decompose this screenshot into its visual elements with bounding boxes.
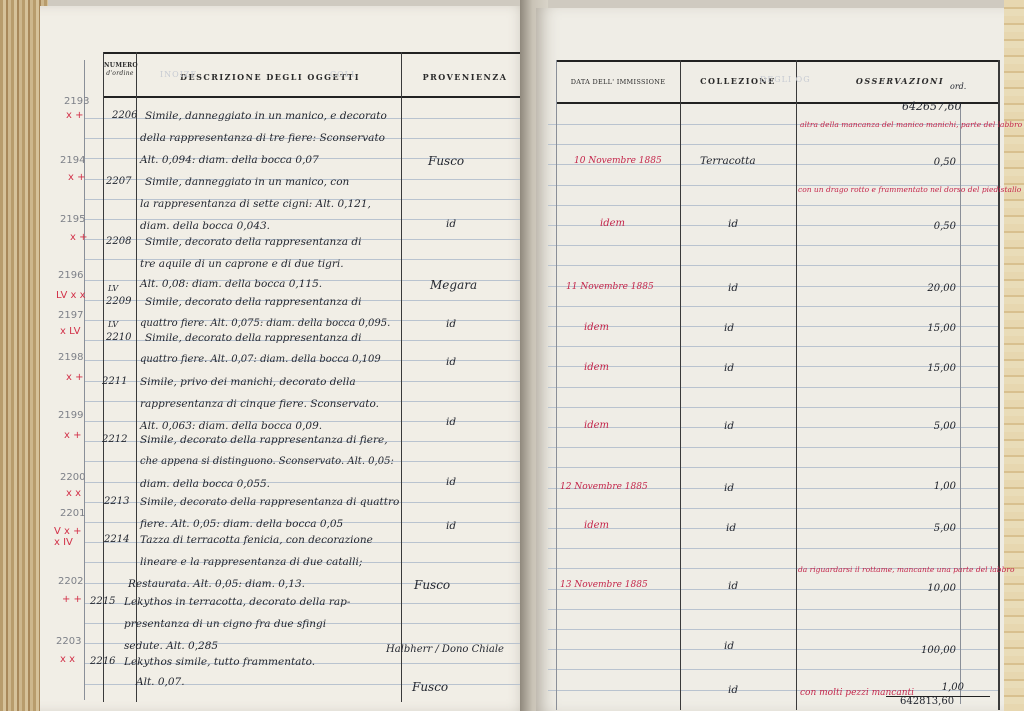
ruled-line xyxy=(548,306,1000,307)
ruled-line xyxy=(548,265,1000,266)
margin-number: 2198 xyxy=(58,352,83,363)
ruled-line xyxy=(548,508,1000,509)
page-total: 642813,60 xyxy=(900,696,954,707)
entry-line: diam. della bocca 0,055. xyxy=(140,478,270,490)
entry-line: Simile, privo dei manichi, decorato dell… xyxy=(140,376,356,388)
entry-collection: id xyxy=(724,482,734,494)
entry-collection: id xyxy=(724,322,734,334)
ruled-line xyxy=(548,609,1000,610)
margin-number: 2194 xyxy=(60,155,85,166)
entry-line: fiere. Alt. 0,05: diam. della bocca 0,05 xyxy=(140,518,343,530)
entry-line: quattro fiere. Alt. 0,07: diam. della bo… xyxy=(140,354,381,365)
carry-forward-label: ord. xyxy=(950,82,966,91)
margin-number: 2197 xyxy=(58,310,83,321)
check-mark: x x xyxy=(66,488,81,499)
entry-value: 15,00 xyxy=(896,363,956,374)
col-divider-data xyxy=(680,60,681,710)
entry-provenienza: Fusco xyxy=(412,680,448,694)
ruled-line xyxy=(548,387,1000,388)
entry-collection: id xyxy=(728,684,738,696)
margin-number: 2203 xyxy=(56,636,81,647)
entry-line: Simile, decorato della rappresentanza di xyxy=(145,332,361,344)
entry-line: Simile, danneggiato in un manico, e deco… xyxy=(145,110,387,122)
check-mark: x x xyxy=(60,654,75,665)
margin-number: 2202 xyxy=(58,576,83,587)
entry-provenienza: id xyxy=(446,476,456,488)
entry-provenienza: id xyxy=(446,218,456,230)
col-divider-description xyxy=(401,52,402,702)
entry-number: 2211 xyxy=(102,376,127,387)
entry-number: 2208 xyxy=(106,236,131,247)
entry-date: idem xyxy=(584,362,609,373)
entry-line: Simile, decorato della rappresentanza di xyxy=(145,236,361,248)
entry-number: 2210 xyxy=(106,332,131,343)
entry-number: 2207 xyxy=(106,176,131,187)
entry-line: lineare e la rappresentanza di due catal… xyxy=(140,556,362,568)
header-bottom-border xyxy=(103,96,528,98)
entry-line: Simile, danneggiato in un manico, con xyxy=(145,176,349,188)
entry-line: Alt. 0,08: diam. della bocca 0,115. xyxy=(140,278,322,290)
entry-provenienza: Megara xyxy=(430,278,477,292)
ruled-line xyxy=(548,669,1000,670)
ruled-line xyxy=(548,144,1000,145)
check-mark: LV x x xyxy=(56,290,86,301)
right-page xyxy=(536,8,1006,711)
entry-collection: id xyxy=(724,640,734,652)
page-edges-right xyxy=(1004,0,1024,711)
margin-number: 2195 xyxy=(60,214,85,225)
check-mark: x + xyxy=(70,232,87,243)
carry-forward-total: 642657,60 xyxy=(902,100,962,113)
entry-value: 0,50 xyxy=(896,221,956,232)
entry-provenienza: id xyxy=(446,416,456,428)
entry-line: sedute. Alt. 0,285 xyxy=(124,640,218,652)
entry-value: 15,00 xyxy=(896,323,956,334)
entry-line: Simile, decorato della rappresentanza di… xyxy=(140,496,399,508)
col-border-left xyxy=(556,60,557,710)
entry-number: 2216 xyxy=(90,656,115,667)
entry-provenienza: Fusco xyxy=(414,578,450,592)
entry-provenienza: Fusco xyxy=(428,154,464,168)
ruled-line xyxy=(548,447,1000,448)
entry-collection: id xyxy=(724,420,734,432)
bleed-through-text: DEGLI OG xyxy=(760,75,811,84)
margin-number: 2200 xyxy=(60,472,85,483)
table-top-border xyxy=(103,52,528,54)
header-numero: NUMEROd'ordine xyxy=(104,62,136,78)
margin-number: 2193 xyxy=(64,96,89,107)
entry-prefix: LV xyxy=(108,284,118,293)
check-mark: x LV xyxy=(60,326,80,337)
entry-line: presentanza di un cigno fra due sfingi xyxy=(124,618,326,630)
entry-line: Alt. 0,094: diam. della bocca 0,07 xyxy=(140,154,319,166)
entry-number: 2212 xyxy=(102,434,127,445)
check-mark: + + xyxy=(62,594,82,605)
entry-line: Tazza di terracotta fenicia, con decoraz… xyxy=(140,534,373,546)
ruled-line xyxy=(548,629,1000,630)
ruled-line xyxy=(548,245,1000,246)
entry-date: idem xyxy=(600,218,625,229)
entry-date: 11 Novembre 1885 xyxy=(566,282,654,292)
ruled-line xyxy=(548,467,1000,468)
header-provenienza: PROVENIENZA xyxy=(402,72,528,82)
entry-line: Alt. 0,063: diam. della bocca 0,09. xyxy=(140,420,322,432)
entry-value: 20,00 xyxy=(896,283,956,294)
entry-collection: id xyxy=(728,282,738,294)
entry-number: 2215 xyxy=(90,596,115,607)
entry-date: idem xyxy=(584,520,609,531)
entry-value: 1,00 xyxy=(904,682,964,693)
col-divider-collezione xyxy=(796,60,797,710)
check-mark: V x + x IV xyxy=(54,526,88,548)
margin-number: 2201 xyxy=(60,508,85,519)
entry-value: 10,00 xyxy=(896,583,956,594)
entry-date: 13 Novembre 1885 xyxy=(560,580,648,590)
entry-line: rappresentanza di cinque fiere. Sconserv… xyxy=(140,398,379,410)
entry-provenienza: id xyxy=(446,318,456,330)
entry-line: quattro fiere. Alt. 0,075: diam. della b… xyxy=(140,318,390,329)
entry-collection: id xyxy=(726,522,736,534)
entry-provenienza: Halbherr / Dono Chiale xyxy=(386,644,504,655)
amount-divider xyxy=(960,104,961,704)
ruled-line xyxy=(548,407,1000,408)
margin-number: 2196 xyxy=(58,270,83,281)
entry-collection: id xyxy=(724,362,734,374)
entry-line: che appena si distinguono. Sconservato. … xyxy=(140,456,394,467)
observation-note: altra della mancanza del manico manichi,… xyxy=(800,120,1022,129)
entry-line: Simile, decorato della rappresentanza di xyxy=(145,296,361,308)
entry-line: tre aquile di un caprone e di due tigri. xyxy=(140,258,344,270)
entry-line: Lekythos simile, tutto frammentato. xyxy=(124,656,315,668)
entry-number: 2209 xyxy=(106,296,131,307)
entry-line: Lekythos in terracotta, decorato della r… xyxy=(124,596,350,608)
entry-date: 10 Novembre 1885 xyxy=(574,156,662,166)
entry-date: idem xyxy=(584,420,609,431)
entry-line: Alt. 0,07. xyxy=(136,676,185,688)
entry-line: Simile, decorato della rappresentanza di… xyxy=(140,434,388,446)
entry-value: 1,00 xyxy=(896,481,956,492)
check-mark: x + xyxy=(64,430,81,441)
bleed-through-text: COLL xyxy=(330,70,357,79)
header-data: DATA DELL' IMMISSIONE xyxy=(557,78,679,86)
entry-line: della rappresentanza di tre fiere: Scons… xyxy=(140,132,385,144)
margin-number: 2199 xyxy=(58,410,83,421)
entry-date: 12 Novembre 1885 xyxy=(560,482,648,492)
entry-number: 2213 xyxy=(104,496,129,507)
check-mark: x + xyxy=(66,110,83,121)
entry-line: Restaurata. Alt. 0,05: diam. 0,13. xyxy=(128,578,305,590)
entry-value: 5,00 xyxy=(896,421,956,432)
entry-line: la rappresentanza di sette cigni: Alt. 0… xyxy=(140,198,371,210)
entry-collection: id xyxy=(728,218,738,230)
entry-collection: id xyxy=(728,580,738,592)
entry-prefix: LV xyxy=(108,320,118,329)
entry-number: 2206 xyxy=(112,110,137,121)
entry-number: 2214 xyxy=(104,534,129,545)
check-mark: x + xyxy=(66,372,83,383)
ruled-line xyxy=(548,346,1000,347)
entry-collection: Terracotta xyxy=(700,155,756,167)
right-border xyxy=(998,60,1000,710)
check-mark: x + xyxy=(68,172,85,183)
observation-note: da riguardarsi il rottame, mancante una … xyxy=(798,565,1014,574)
table-top-border-right xyxy=(556,60,1000,62)
entry-value: 100,00 xyxy=(896,645,956,656)
entry-provenienza: id xyxy=(446,520,456,532)
entry-value: 0,50 xyxy=(896,157,956,168)
entry-date: idem xyxy=(584,322,609,333)
observation-note: con un drago rotto e frammentato nel dor… xyxy=(798,185,1021,194)
ruled-line xyxy=(548,205,1000,206)
entry-provenienza: id xyxy=(446,356,456,368)
entry-line: diam. della bocca 0,043. xyxy=(140,220,270,232)
entry-value: 5,00 xyxy=(896,523,956,534)
ruled-line xyxy=(548,548,1000,549)
bleed-through-text: INOIZE xyxy=(160,70,197,79)
